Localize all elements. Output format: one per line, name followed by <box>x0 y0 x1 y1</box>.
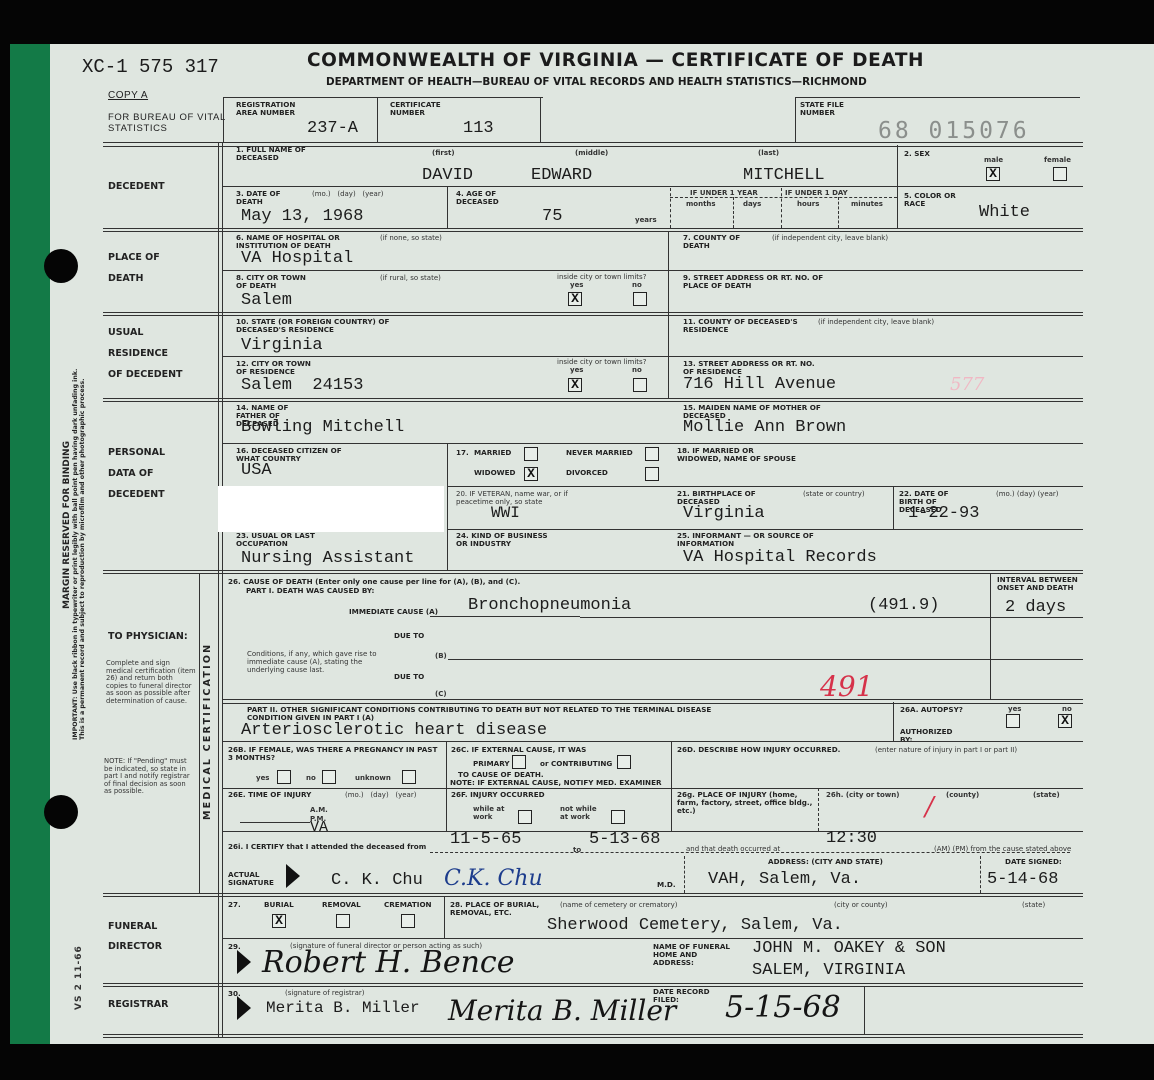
primary-label: PRIMARY <box>473 760 510 768</box>
funeral-home-line2[interactable]: SALEM, VIRGINIA <box>752 961 905 980</box>
date-filed-label: DATE RECORD FILED: <box>653 988 713 1004</box>
cremation-checkbox[interactable] <box>401 914 415 928</box>
occupation-value[interactable]: Nursing Assistant <box>241 549 414 568</box>
signature-arrow-icon <box>237 996 251 1020</box>
date-signed-label: DATE SIGNED: <box>1005 858 1062 866</box>
physician-name[interactable]: C. K. Chu <box>331 871 423 890</box>
pending-note: NOTE: If "Pending" must be indicated, so… <box>104 758 190 796</box>
signature-arrow-icon <box>286 864 300 888</box>
age-label: 4. AGE OF DECEASED <box>456 190 516 206</box>
death-time[interactable]: 12:30 <box>826 829 877 848</box>
address-label: ADDRESS: (CITY AND STATE) <box>768 858 883 866</box>
registrar-sig-note: (signature of registrar) <box>285 989 365 997</box>
middle-label: (middle) <box>575 149 608 157</box>
reg-area-label: REGISTRATION AREA NUMBER <box>236 101 316 117</box>
no-label-2: no <box>632 366 642 374</box>
burial-note-1: (name of cemetery or crematory) <box>560 901 678 909</box>
injury-county-label: (county) <box>946 791 979 799</box>
minutes-label: minutes <box>851 200 883 208</box>
while-at-work-checkbox[interactable] <box>518 810 532 824</box>
first-label: (first) <box>432 149 455 157</box>
pregnancy-label: 26b. IF FEMALE, WAS THERE A PREGNANCY IN… <box>228 746 438 762</box>
pregnancy-no-label: no <box>306 774 316 782</box>
control-number: XC-1 575 317 <box>82 56 219 78</box>
informant-value[interactable]: VA Hospital Records <box>683 548 877 567</box>
veteran-value[interactable]: WWI <box>491 504 520 522</box>
birthplace-value[interactable]: Virginia <box>683 504 765 523</box>
pink-annotation: 577 <box>950 374 984 395</box>
funeral-home-line1[interactable]: JOHN M. OAKEY & SON <box>752 939 946 958</box>
external-note: NOTE: IF EXTERNAL CAUSE, NOTIFY MED. EXA… <box>450 779 662 787</box>
pregnancy-unknown-checkbox[interactable] <box>402 770 416 784</box>
physician-note: Complete and sign medical certification … <box>106 660 196 705</box>
decedent-first-name[interactable]: DAVID <box>422 166 473 185</box>
widowed-checkbox[interactable]: X <box>524 467 538 481</box>
section-residence-1: USUAL <box>108 327 143 338</box>
days-label: days <box>743 200 761 208</box>
injury-city-label: 26h. (city or town) <box>826 791 899 799</box>
under-day-label: IF UNDER 1 DAY <box>785 189 848 197</box>
state-file-number: 68 015076 <box>878 118 1030 144</box>
city-of-death-value[interactable]: Salem <box>241 291 292 310</box>
county-of-death-note: (if independent city, leave blank) <box>772 234 888 242</box>
burial-note-2: (city or county) <box>834 901 888 909</box>
not-while-at-work-label: not while at work <box>560 805 602 821</box>
interval-label: INTERVAL BETWEEN ONSET AND DEATH <box>997 576 1087 592</box>
margin-binding-note: MARGIN RESERVED FOR BINDING IMPORTANT: U… <box>62 310 86 740</box>
married-label: MARRIED <box>474 449 511 457</box>
autopsy-label: 26a. AUTOPSY? <box>900 706 963 714</box>
mother-value[interactable]: Mollie Ann Brown <box>683 418 846 437</box>
green-binding-strip <box>10 44 50 1044</box>
marital-label: 17. <box>456 449 469 457</box>
date-sub-label: (mo.) (day) (year) <box>312 190 383 198</box>
field-1-label: 1. FULL NAME OF DECEASED <box>236 146 326 162</box>
male-label: male <box>984 156 1003 164</box>
business-label: 24. KIND OF BUSINESS OR INDUSTRY <box>456 532 556 548</box>
attended-from[interactable]: 11-5-65 <box>450 830 521 849</box>
decedent-last-name[interactable]: MITCHELL <box>743 166 825 185</box>
informant-label: 25. INFORMANT — OR SOURCE OF INFORMATION <box>677 532 827 548</box>
certify-label: 26i. I CERTIFY that I attended the decea… <box>228 843 426 851</box>
burial-note-3: (state) <box>1022 901 1045 909</box>
death-inside-limits-no[interactable] <box>633 292 647 306</box>
pregnancy-unknown-label: unknown <box>355 774 391 782</box>
cause-of-death-label: 26. CAUSE OF DEATH (Enter only one cause… <box>228 578 648 586</box>
to-physician-label: TO PHYSICIAN: <box>108 632 188 642</box>
contributing-label: or CONTRIBUTING <box>540 760 612 768</box>
last-label: (last) <box>758 149 779 157</box>
while-at-work-label: while at work <box>473 805 511 821</box>
dob-value[interactable]: 1-22-93 <box>908 504 979 523</box>
section-personal-3: DECEDENT <box>108 489 165 500</box>
section-place-of-death-2: DEATH <box>108 273 143 284</box>
injury-time-value: VA <box>310 819 328 836</box>
sex-label: 2. SEX <box>904 150 930 158</box>
age-value[interactable]: 75 <box>542 207 562 226</box>
residence-inside-limits-yes[interactable]: X <box>568 378 582 392</box>
md-label: M.D. <box>657 881 676 889</box>
time-of-injury-label: 26e. TIME OF INJURY <box>228 791 311 799</box>
county-of-death-label: 7. COUNTY OF DEATH <box>683 234 743 250</box>
city-residence-value[interactable]: Salem 24153 <box>241 376 363 395</box>
burial-place-label: 28. PLACE OF BURIAL, REMOVAL, ETC. <box>450 901 540 917</box>
contributing-checkbox[interactable] <box>617 755 631 769</box>
years-label: years <box>635 216 657 224</box>
cremation-label: CREMATION <box>384 901 432 909</box>
section-funeral-1: FUNERAL <box>108 921 157 932</box>
hospital-value[interactable]: VA Hospital <box>241 249 353 268</box>
part2-value[interactable]: Arteriosclerotic heart disease <box>241 721 547 740</box>
pregnancy-yes-checkbox[interactable] <box>277 770 291 784</box>
city-of-death-note: (if rural, so state) <box>380 274 441 282</box>
race-value[interactable]: White <box>979 203 1030 222</box>
registrar-signature: Merita B. Miller <box>448 994 676 1027</box>
registrar-name[interactable]: Merita B. Miller <box>266 999 420 1017</box>
limits-label-2: inside city or town limits? <box>557 358 646 366</box>
primary-checkbox[interactable] <box>512 755 526 769</box>
sex-male-checkbox[interactable]: X <box>986 167 1000 181</box>
redacted-field <box>218 486 444 532</box>
place-of-injury-label: 26g. PLACE OF INJURY (home, farm, factor… <box>677 791 817 815</box>
residence-inside-limits-no[interactable] <box>633 378 647 392</box>
removal-label: REMOVAL <box>322 901 361 909</box>
reg-area-number: 237-A <box>307 119 358 138</box>
ampm-label: (AM) (PM) from the cause stated above <box>934 845 1071 853</box>
county-residence-note: (if independent city, leave blank) <box>818 318 934 326</box>
time-of-injury-note: (mo.) (day) (year) <box>345 791 416 799</box>
state-residence-value[interactable]: Virginia <box>241 336 323 355</box>
decedent-middle-name[interactable]: EDWARD <box>531 166 592 185</box>
injury-occurred-label: 26f. INJURY OCCURRED <box>451 791 545 799</box>
divorced-label: DIVORCED <box>566 469 608 477</box>
birthplace-note: (state or country) <box>803 490 865 498</box>
limits-label: inside city or town limits? <box>557 273 646 281</box>
section-personal-1: PERSONAL <box>108 447 165 458</box>
female-label: female <box>1044 156 1071 164</box>
section-decedent: DECEDENT <box>108 181 165 192</box>
removal-checkbox[interactable] <box>336 914 350 928</box>
burial-place-value[interactable]: Sherwood Cemetery, Salem, Va. <box>547 916 843 935</box>
conditions-note: Conditions, if any, which gave rise to i… <box>247 650 397 674</box>
section-residence-3: OF DECEDENT <box>108 369 183 380</box>
signature-arrow-icon <box>237 950 251 974</box>
form-code: VS 2 11-66 <box>74 945 84 1010</box>
autopsy-yes-label: yes <box>1008 705 1021 713</box>
medical-certification-label: MEDICAL CERTIFICATION <box>202 643 213 820</box>
to-label: to <box>573 846 581 854</box>
state-residence-label: 10. STATE (OR FOREIGN COUNTRY) OF DECEAS… <box>236 318 416 334</box>
dob-note: (mo.) (day) (year) <box>996 490 1059 498</box>
physician-address[interactable]: VAH, Salem, Va. <box>708 870 861 889</box>
autopsy-yes-checkbox[interactable] <box>1006 714 1020 728</box>
funeral-director-signature: Robert H. Bence <box>262 945 514 980</box>
city-residence-label: 12. CITY OR TOWN OF RESIDENCE <box>236 360 316 376</box>
pregnancy-no-checkbox[interactable] <box>322 770 336 784</box>
burial-checkbox[interactable]: X <box>272 914 286 928</box>
section-registrar: REGISTRAR <box>108 999 168 1010</box>
physician-signature: C.K. Chu <box>444 866 543 891</box>
cause-b-label: (B) <box>435 652 447 660</box>
street-residence-value[interactable]: 716 Hill Avenue <box>683 375 836 394</box>
street-residence-label: 13. STREET ADDRESS OR RT. NO. OF RESIDEN… <box>683 360 823 376</box>
disposition-label: 27. <box>228 901 241 909</box>
punch-hole <box>44 795 78 829</box>
never-married-checkbox[interactable] <box>645 447 659 461</box>
sex-female-checkbox[interactable] <box>1053 167 1067 181</box>
pregnancy-yes-label: yes <box>256 774 269 782</box>
section-funeral-2: DIRECTOR <box>108 941 162 952</box>
city-of-death-label: 8. CITY OR TOWN OF DEATH <box>236 274 316 290</box>
due-to-label-1: DUE TO <box>394 632 424 640</box>
cert-number: 113 <box>463 119 494 138</box>
punch-hole <box>44 249 78 283</box>
injury-describe-note: (enter nature of injury in part I or par… <box>875 746 1017 754</box>
father-value[interactable]: Bowling Mitchell <box>241 418 404 437</box>
external-cause-label: 26c. IF EXTERNAL CAUSE, IT WAS <box>451 746 586 754</box>
date-filed: 5-15-68 <box>725 990 841 1025</box>
signature-label: ACTUAL SIGNATURE <box>228 871 278 887</box>
section-residence-2: RESIDENCE <box>108 348 168 359</box>
autopsy-no-checkbox[interactable]: X <box>1058 714 1072 728</box>
immediate-cause-label: IMMEDIATE CAUSE (A) <box>349 608 438 616</box>
copy-for: FOR BUREAU OF VITAL STATISTICS <box>108 112 228 134</box>
death-inside-limits-yes[interactable]: X <box>568 292 582 306</box>
cause-c-label: (C) <box>435 690 447 698</box>
immediate-cause-value[interactable]: Bronchopneumonia <box>468 596 631 615</box>
date-of-death[interactable]: May 13, 1968 <box>241 207 363 226</box>
never-married-label: NEVER MARRIED <box>566 449 633 457</box>
married-checkbox[interactable] <box>524 447 538 461</box>
divorced-checkbox[interactable] <box>645 467 659 481</box>
interval-value[interactable]: 2 days <box>1005 598 1066 617</box>
state-file-label: STATE FILE NUMBER <box>800 101 860 117</box>
immediate-cause-code: (491.9) <box>868 596 939 615</box>
attended-to[interactable]: 5-13-68 <box>589 830 660 849</box>
due-to-label-2: DUE TO <box>394 673 424 681</box>
copy-label: COPY A <box>108 90 148 101</box>
widowed-label: WIDOWED <box>474 469 515 477</box>
cert-number-label: CERTIFICATE NUMBER <box>390 101 450 117</box>
injury-describe-label: 26d. DESCRIBE HOW INJURY OCCURRED. <box>677 746 840 754</box>
certificate-paper <box>10 44 1154 1044</box>
funeral-home-label: NAME OF FUNERAL HOME AND ADDRESS: <box>653 943 733 967</box>
county-residence-label: 11. COUNTY OF DECEASED'S RESIDENCE <box>683 318 813 334</box>
certificate-title: COMMONWEALTH OF VIRGINIA — CERTIFICATE O… <box>307 50 924 71</box>
no-label: no <box>632 281 642 289</box>
hours-label: hours <box>797 200 819 208</box>
race-label: 5. COLOR OR RACE <box>904 192 964 208</box>
section-place-of-death-1: PLACE OF <box>108 252 160 263</box>
burial-label: BURIAL <box>264 901 294 909</box>
date-signed[interactable]: 5-14-68 <box>987 870 1058 889</box>
date-of-death-label: 3. DATE OF DEATH <box>236 190 286 206</box>
occurred-at-label: and that death occurred at <box>686 845 780 853</box>
section-personal-2: DATA OF <box>108 468 153 479</box>
part1-label: PART I. DEATH WAS CAUSED BY: <box>246 587 374 595</box>
hospital-note: (if none, so state) <box>380 234 442 242</box>
not-while-at-work-checkbox[interactable] <box>611 810 625 824</box>
months-label: months <box>686 200 716 208</box>
injury-state-label: (state) <box>1033 791 1060 799</box>
certificate-subtitle: DEPARTMENT OF HEALTH—BUREAU OF VITAL REC… <box>326 76 867 88</box>
part2-label: PART II. OTHER SIGNIFICANT CONDITIONS CO… <box>247 706 727 722</box>
veteran-label: 20. IF VETERAN, name war, or if peacetim… <box>456 490 606 506</box>
yes-label: yes <box>570 281 583 289</box>
am-label: A.M. <box>310 806 328 814</box>
hospital-label: 6. NAME OF HOSPITAL OR INSTITUTION OF DE… <box>236 234 366 250</box>
under-year-label: IF UNDER 1 YEAR <box>690 189 758 197</box>
red-mark: / <box>925 792 934 822</box>
street-of-death-label: 9. STREET ADDRESS OR RT. NO. OF PLACE OF… <box>683 274 833 290</box>
autopsy-no-label: no <box>1062 705 1072 713</box>
spouse-label: 18. IF MARRIED OR WIDOWED, NAME OF SPOUS… <box>677 447 797 463</box>
occupation-label: 23. USUAL OR LAST OCCUPATION <box>236 532 316 548</box>
citizen-value[interactable]: USA <box>241 461 272 480</box>
yes-label-2: yes <box>570 366 583 374</box>
